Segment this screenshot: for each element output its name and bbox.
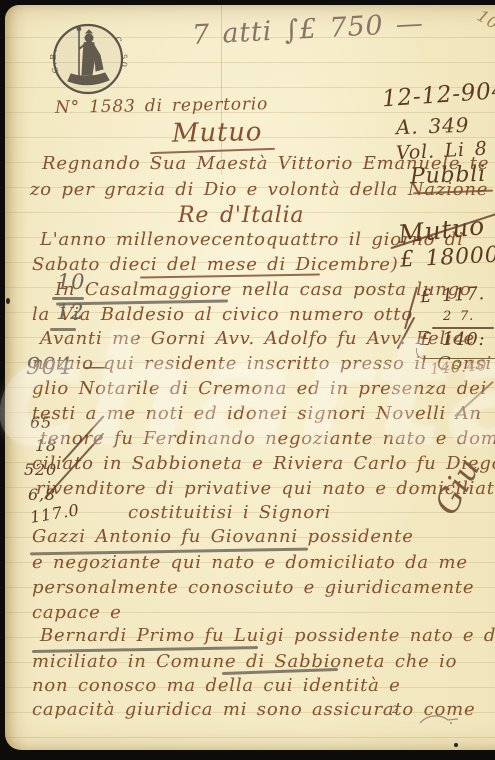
manuscript-line: Re d'Italia (178, 205, 304, 227)
registry-office-note: Pubbli (410, 164, 487, 189)
fee-total: 146.40 (430, 358, 488, 377)
margin-date-day: 10 (57, 272, 85, 293)
manuscript-line: miciliato in Comune di Sabbioneta che io (32, 653, 457, 671)
revenue-stamp-seal: C. 50. C.B. (48, 17, 130, 101)
paper-speck (454, 743, 458, 747)
manuscript-line: capacità giuridica mi sono assicurato co… (32, 701, 475, 719)
manuscript-line: Gazzi Antonio fu Giovanni possidente (32, 528, 414, 546)
manuscript-line: In Casalmaggiore nella casa posta lungo (55, 281, 472, 299)
fee-line: £ 140: (420, 331, 485, 349)
margin-calc-value: 18 (35, 438, 57, 454)
manuscript-line: la Via Baldesio al civico numero otto (32, 306, 413, 324)
manuscript-line: Avanti me Gorni Avv. Adolfo fu Avv. Feli… (40, 330, 475, 348)
title-mutuo: Mutuo (172, 119, 263, 147)
margin-year: 904 — (26, 356, 107, 379)
manuscript-line: glio Notarile di Cremona ed in presenza … (32, 380, 487, 398)
manuscript-line: tenore fu Ferdinando negoziante nato e d… (40, 430, 495, 448)
bottom-small-mark: 2 (392, 706, 399, 716)
fraction-dash (50, 328, 76, 331)
scanned-document: C. 50. C.B. 7 atti ∫£ 750 — 10 N° 1583 d… (0, 0, 495, 760)
fee-line: £ 117. — (420, 284, 495, 307)
manuscript-line: personalmente conosciuto e giuridicament… (32, 579, 474, 597)
manuscript-line: Bernardi Primo fu Luigi possidente nato … (40, 627, 495, 645)
manuscript-line: Sabato dieci del mese di Dicembre) (32, 256, 399, 274)
manuscript-line: non conosco ma della cui identità e (32, 677, 401, 695)
manuscript-line: costituitisi i Signori (128, 504, 331, 522)
manuscript-line: rivenditore di privative qui nato e domi… (36, 480, 495, 498)
margin-calc-value: 65 (30, 415, 52, 431)
manuscript-line: ciliato in Sabbioneta e Riviera Carlo fu… (32, 455, 495, 473)
margin-calc-value: 520 (24, 462, 57, 478)
manuscript-line: capace e (32, 604, 122, 622)
loan-amount: £ 18000. — (400, 242, 495, 271)
manuscript-line: e negoziante qui nato e domiciliato da m… (32, 554, 468, 572)
margin-date-month: 12 (56, 302, 84, 323)
bottom-squiggle (418, 712, 462, 728)
registration-volume: Vol. Li 8 (396, 140, 488, 164)
fee-line: 2 7. (443, 310, 474, 323)
paper-speck (6, 298, 10, 304)
registration-number: A. 349 (396, 115, 470, 138)
repertory-number-line: N° 1583 di repertorio (55, 96, 268, 117)
